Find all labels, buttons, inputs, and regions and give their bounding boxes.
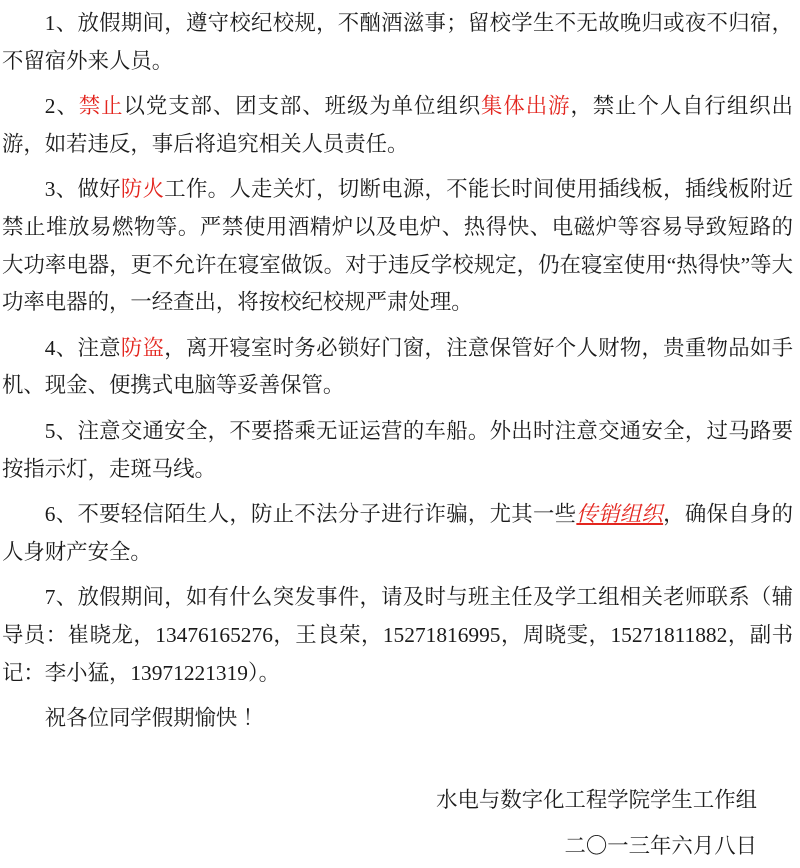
text-segment: 3、做好 <box>45 177 121 201</box>
highlighted-text: 防火 <box>121 177 164 201</box>
wish-line: 祝各位同学假期愉快 ！ <box>2 700 793 738</box>
paragraph-rule-5: 5、注意交通安全，不要搭乘无证运营的车船。外出时注意交通安全，过马路要按指示灯，… <box>2 413 793 488</box>
text-segment: 2、 <box>45 94 79 118</box>
signature-org: 水电与数字化工程学院学生工作组 <box>2 782 757 820</box>
highlighted-text: 传销组织 <box>576 502 663 526</box>
text-segment: 6、不要轻信陌生人，防止不法分子进行诈骗，尤其一些 <box>45 502 577 526</box>
paragraph-rule-6: 6、不要轻信陌生人，防止不法分子进行诈骗，尤其一些传销组织，确保自身的人身财产安… <box>2 496 793 571</box>
paragraph-rule-3: 3、做好防火工作。人走关灯，切断电源，不能长时间使用插线板，插线板附近禁止堆放易… <box>2 171 793 321</box>
text-segment: 1、放假期间，遵守校纪校规，不酗酒滋事；留校学生不无故晚归或夜不归宿，不留宿外来… <box>2 11 793 73</box>
text-segment: 以党支部、团支部、班级为单位组织 <box>124 94 482 118</box>
document-page: 1、放假期间，遵守校纪校规，不酗酒滋事；留校学生不无故晚归或夜不归宿，不留宿外来… <box>0 0 800 868</box>
text-segment: 5、注意交通安全，不要搭乘无证运营的车船。外出时注意交通安全，过马路要按指示灯，… <box>2 419 793 481</box>
signature-date: 二〇一三年六月八日 <box>2 828 757 866</box>
paragraph-rule-1: 1、放假期间，遵守校纪校规，不酗酒滋事；留校学生不无故晚归或夜不归宿，不留宿外来… <box>2 5 793 80</box>
signature-block: 水电与数字化工程学院学生工作组 二〇一三年六月八日 <box>2 782 793 866</box>
text-segment: 4、注意 <box>45 336 121 360</box>
paragraph-rule-4: 4、注意防盗，离开寝室时务必锁好门窗，注意保管好个人财物，贵重物品如手机、现金、… <box>2 330 793 405</box>
paragraph-rule-2: 2、禁止以党支部、团支部、班级为单位组织集体出游，禁止个人自行组织出游，如若违反… <box>2 88 793 163</box>
highlighted-text: 禁止 <box>79 94 124 118</box>
paragraph-rule-7: 7、放假期间，如有什么突发事件，请及时与班主任及学工组相关老师联系（辅导员：崔晓… <box>2 579 793 692</box>
highlighted-text: 防盗 <box>121 336 164 360</box>
text-segment: 7、放假期间，如有什么突发事件，请及时与班主任及学工组相关老师联系（辅导员：崔晓… <box>2 585 793 684</box>
highlighted-text: 集体出游 <box>481 94 570 118</box>
